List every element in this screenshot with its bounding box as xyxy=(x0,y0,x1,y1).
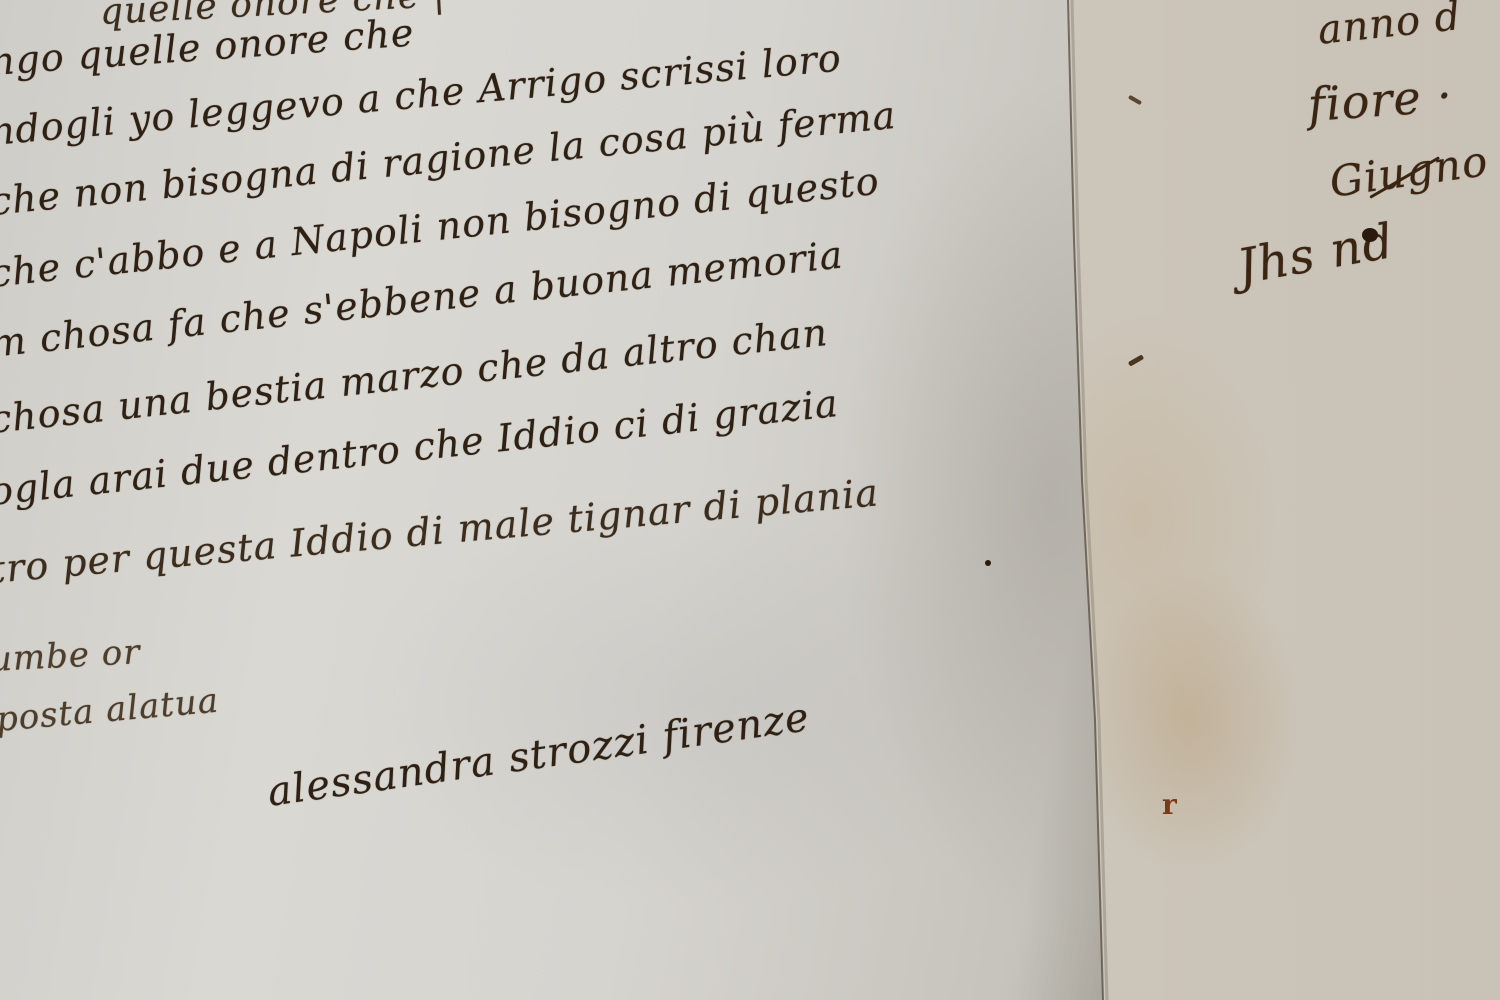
letter-line-9: umbe or xyxy=(0,632,141,680)
rust-mark: r xyxy=(1162,788,1177,821)
manuscript-photo: anno d fiore · Giugno Jhs nd r quelle on… xyxy=(0,0,1500,1000)
ink-dot xyxy=(985,560,991,566)
right-line-2: fiore · xyxy=(1306,68,1454,132)
ink-blot xyxy=(1362,228,1378,242)
